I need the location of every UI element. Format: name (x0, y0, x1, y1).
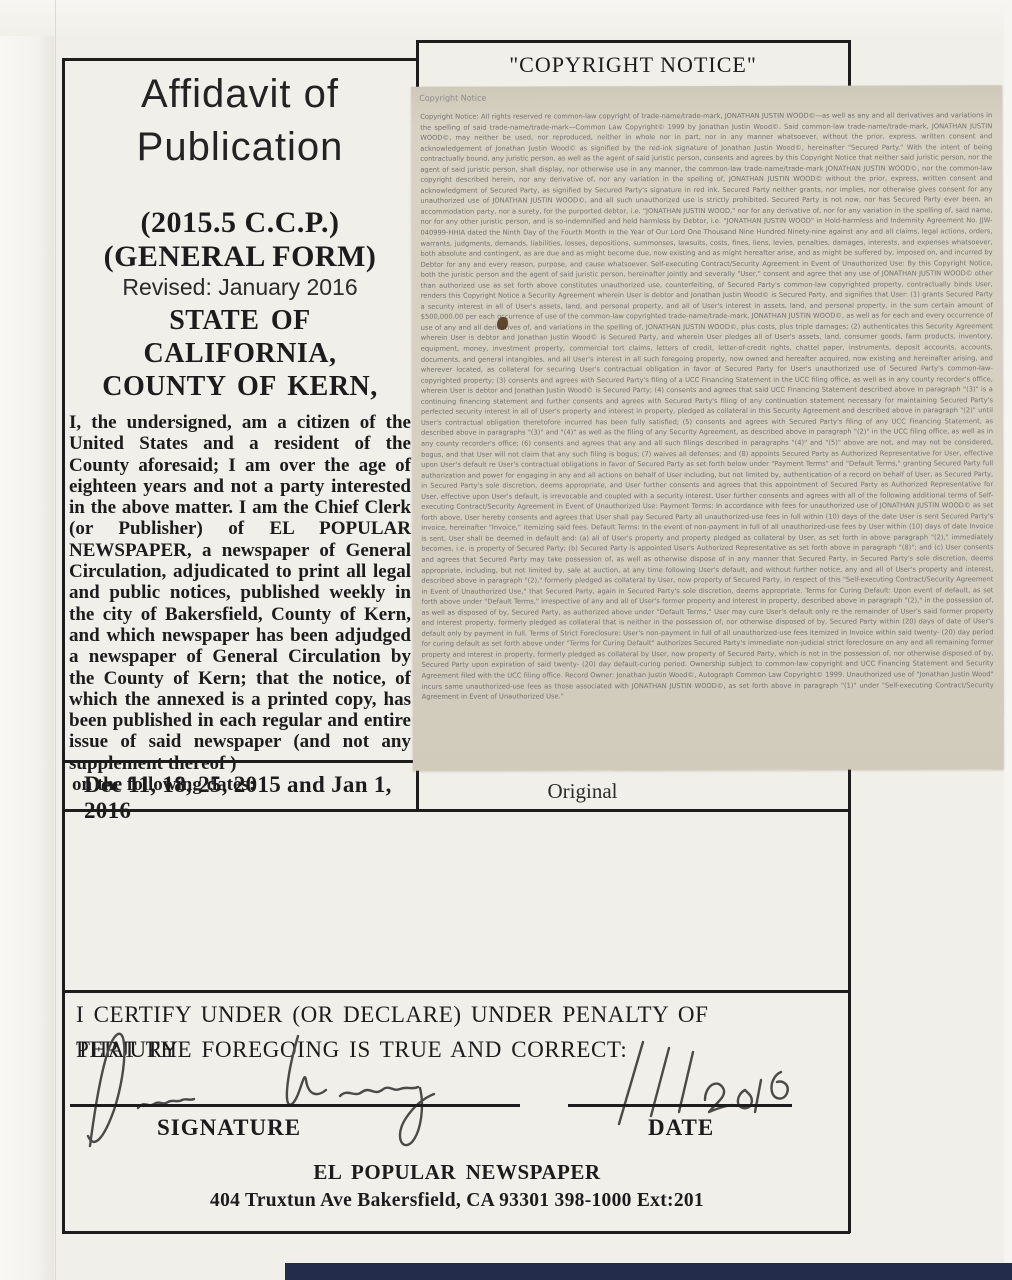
affidavit-title-line2: Publication (64, 121, 416, 174)
page-margin-right (1004, 0, 1012, 1280)
copyright-notice-fine-print: Copyright Notice: All rights reserved re… (411, 101, 1004, 702)
publication-dates: Dec 11, 18, 25, 2015 and Jan 1, 2016 (72, 772, 424, 824)
paper-crease (55, 0, 56, 1280)
revised-date-line: Revised: January 2016 (64, 274, 416, 300)
newspaper-name: EL POPULAR NEWSPAPER (62, 1160, 852, 1185)
scanner-bed-edge (285, 1263, 1012, 1280)
pasted-copyright-paper: Copyright Notice Copyright Notice: All r… (411, 85, 1004, 771)
page-margin-top (0, 0, 1012, 36)
page-margin-left (0, 0, 54, 1280)
state-line2: CALIFORNIA, (64, 337, 416, 370)
newspaper-address: 404 Truxtun Ave Bakersfield, CA 93301 39… (62, 1190, 852, 1212)
form-border-bottom (62, 1231, 850, 1234)
date-handwriting (585, 1028, 805, 1138)
date-line (568, 1104, 792, 1107)
state-line1: STATE OF (64, 304, 416, 337)
copyright-notice-header: "COPYRIGHT NOTICE" (418, 52, 848, 78)
affidavit-left-column: Affidavit of Publication (2015.5 C.C.P.)… (64, 60, 416, 796)
signature-line (70, 1104, 520, 1107)
state-line3: COUNTY OF KERN, (64, 370, 416, 403)
copyright-box-top-border (416, 40, 850, 43)
affidavit-body-text: I, the undersigned, am a citizen of the … (64, 412, 416, 774)
signature-handwriting (68, 1018, 548, 1158)
general-form-line: (GENERAL FORM) (64, 240, 416, 274)
copyright-notice-small-label: Copyright Notice (411, 85, 1002, 103)
original-copy-label: Original (500, 779, 665, 804)
ccp-code-line: (2015.5 C.C.P.) (64, 206, 416, 240)
affidavit-title-line1: Affidavit of (64, 68, 416, 121)
certify-box-top-border (62, 990, 850, 993)
